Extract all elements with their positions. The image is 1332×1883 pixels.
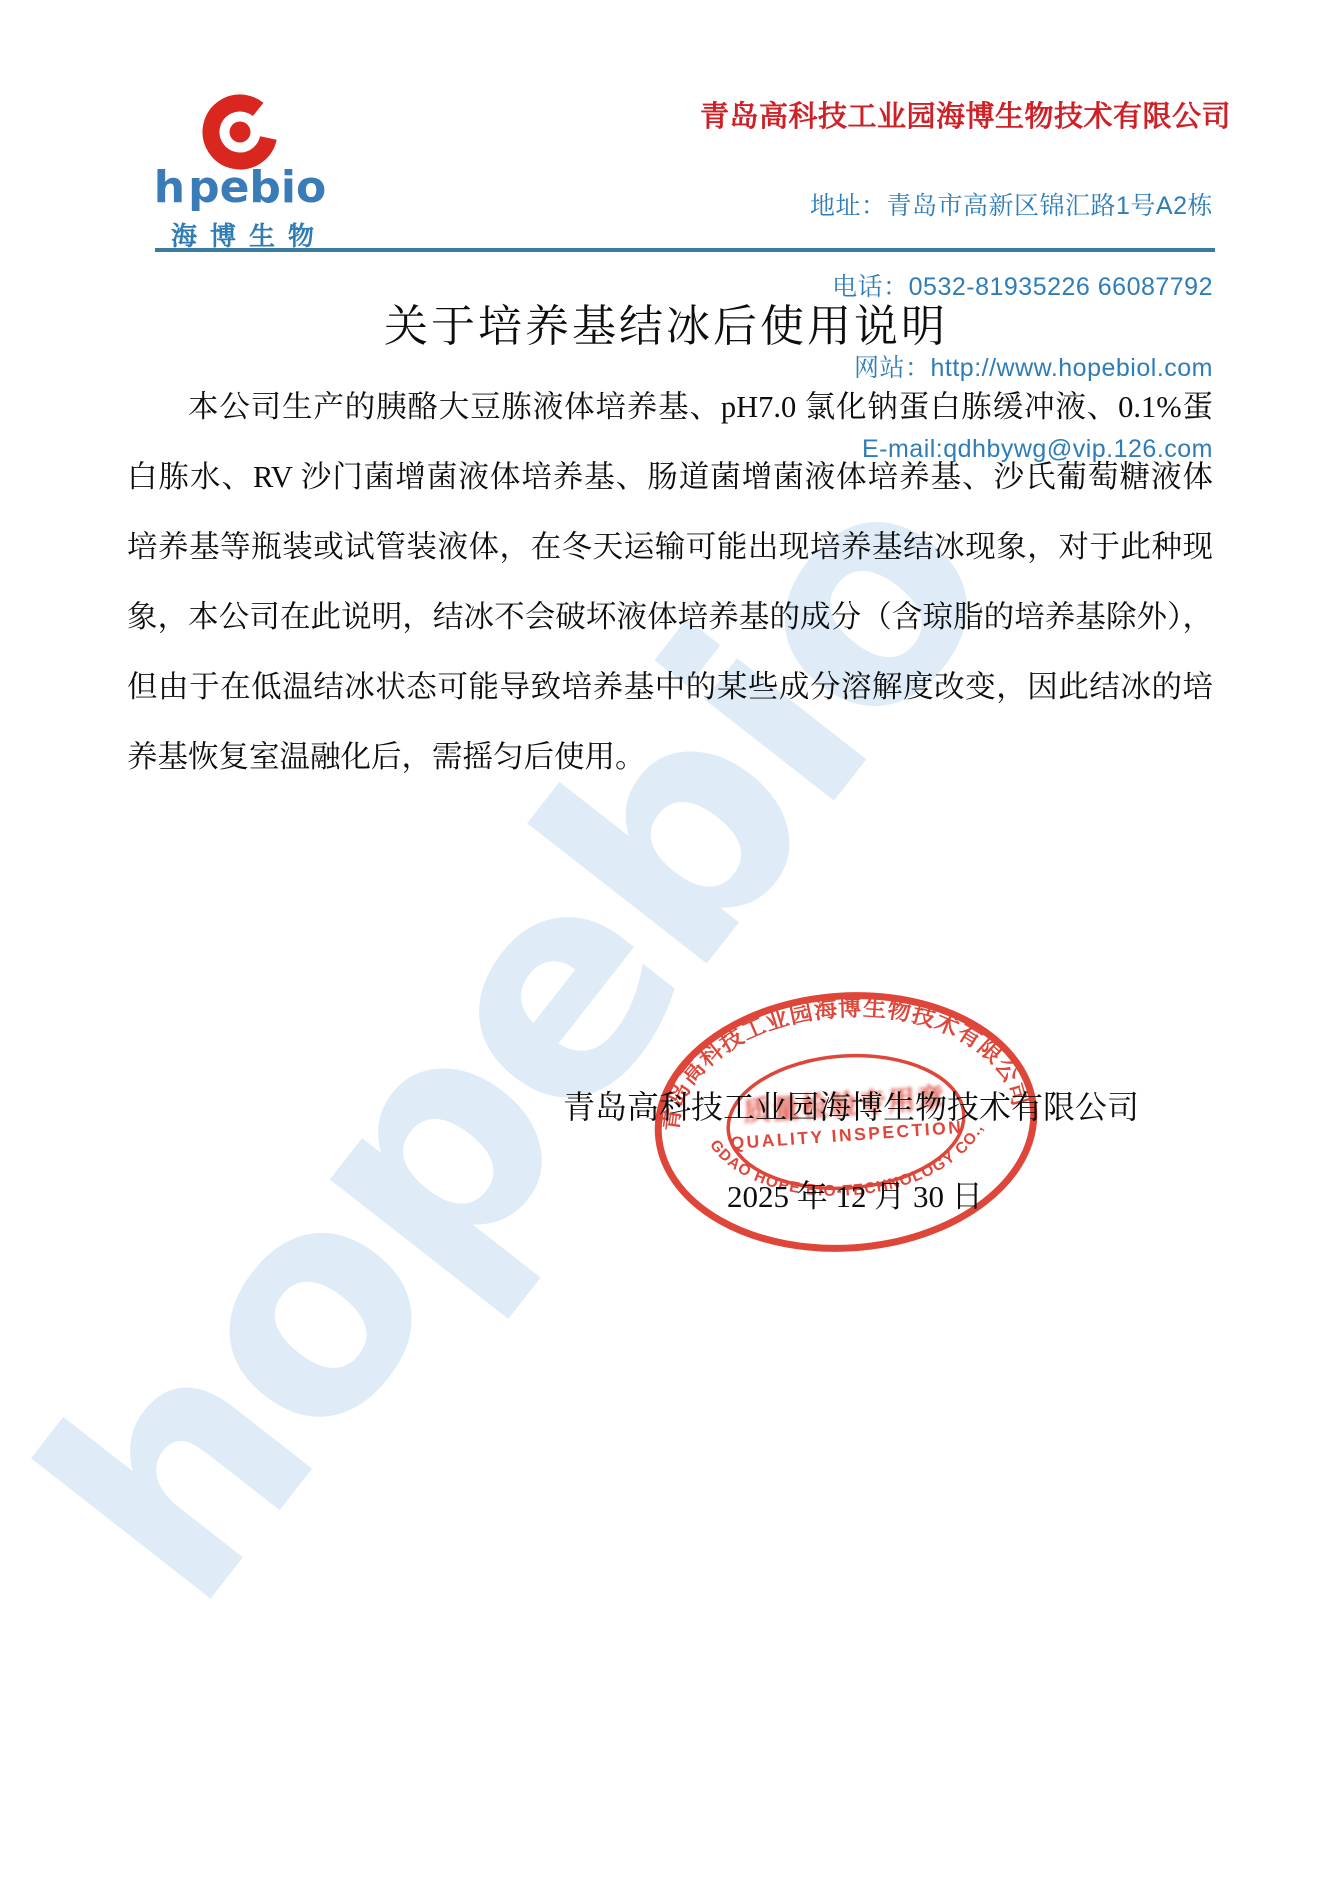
document-title: 关于培养基结冰后使用说明 [0,290,1332,354]
signature-company-name: 青岛高科技工业园海博生物技术有限公司 [563,1082,1139,1128]
contact-address: 地址：青岛市高新区锦汇路1号A2栋 [810,193,1213,220]
signature-date: 2025 年 12 月 30 日 [727,1171,983,1216]
header-divider [155,248,1215,252]
company-logo: h pebio 海博生物 [158,92,322,253]
document-body: 本公司生产的胰酪大豆胨液体培养基、pH7.0 氯化钠蛋白胨缓冲液、0.1%蛋 白… [127,372,1213,792]
letter-page: hopebio h pebio 海博生物 青岛高科技工业园海博生物技术有限公司 … [0,0,1332,1883]
body-line: 本公司生产的胰酪大豆胨液体培养基、pH7.0 氯化钠蛋白胨缓冲液、0.1%蛋 [127,372,1213,442]
body-line: 养基恢复室温融化后，需摇匀后使用。 [127,722,1213,792]
brand-text-prefix: h [154,166,185,210]
body-line: 白胨水、RV 沙门菌增菌液体培养基、肠道菌增菌液体培养基、沙氏葡萄糖液体 [127,442,1213,512]
body-line: 象，本公司在此说明，结冰不会破坏液体培养基的成分（含琼脂的培养基除外）， [127,582,1213,652]
body-line: 但由于在低温结冰状态可能导致培养基中的某些成分溶解度改变，因此结冰的培 [127,652,1213,722]
header-company-name: 青岛高科技工业园海博生物技术有限公司 [700,94,1231,135]
body-line: 培养基等瓶装或试管装液体，在冬天运输可能出现培养基结冰现象，对于此种现 [127,512,1213,582]
brand-text-suffix: pebio [188,166,326,210]
hopebio-swirl-icon [200,92,280,172]
brand-wordmark: h pebio [158,166,322,210]
